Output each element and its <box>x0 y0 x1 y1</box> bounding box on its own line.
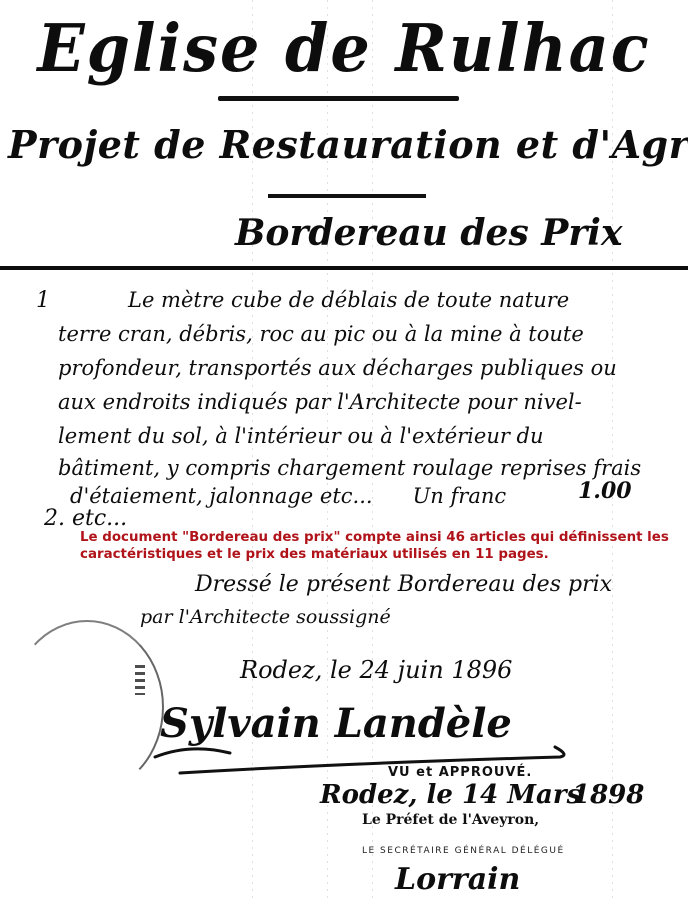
document-heading: Bordereau des Prix <box>195 212 622 254</box>
secretary-signature: Lorrain <box>395 862 520 897</box>
annotation-line: caractéristiques et le prix des matériau… <box>80 546 680 563</box>
seal-stamp-marks <box>135 665 145 695</box>
closing-statement: Dressé le présent Bordereau des prix <box>195 572 612 597</box>
signing-date: Rodez, le 24 juin 1896 <box>240 656 512 684</box>
article-line: d'étaiement, jalonnage etc... Un franc <box>70 484 506 508</box>
closing-statement: par l'Architecte soussigné <box>140 606 391 628</box>
prefect-stamp: Le Préfet de l'Aveyron, <box>362 812 539 828</box>
article-line: terre cran, débris, roc au pic ou à la m… <box>58 322 584 346</box>
annotation-line: Le document "Bordereau des prix" compte … <box>80 529 680 546</box>
seal-stamp <box>10 620 164 794</box>
title-underline <box>218 96 459 101</box>
document-subtitle: Projet de Restauration et d'Agrandisseme… <box>8 122 688 167</box>
document-title: Eglise de Rulhac <box>0 10 688 87</box>
approval-date: Rodez, le 14 Mars <box>320 780 581 810</box>
continuation-marker: 2. etc... <box>44 506 127 531</box>
article-line: Le mètre cube de déblais de toute nature <box>128 288 569 312</box>
approval-title: VU et APPROUVÉ. <box>388 765 532 780</box>
article-price: 1.00 <box>578 478 632 504</box>
article-line: profondeur, transportés aux décharges pu… <box>58 356 617 380</box>
secretary-stamp: LE SECRÉTAIRE GÉNÉRAL DÉLÉGUÉ <box>362 846 565 856</box>
article-line: aux endroits indiqués par l'Architecte p… <box>58 390 582 414</box>
document-page: Eglise de Rulhac Projet de Restauration … <box>0 0 688 900</box>
approval-year: 1898 <box>572 780 644 810</box>
subtitle-underline <box>268 194 426 198</box>
header-divider <box>0 266 688 270</box>
article-line: lement du sol, à l'intérieur ou à l'exté… <box>58 424 544 448</box>
article-number: 1 <box>36 288 50 313</box>
annotation-note: Le document "Bordereau des prix" compte … <box>80 529 680 563</box>
article-line: bâtiment, y compris chargement roulage r… <box>58 456 641 480</box>
